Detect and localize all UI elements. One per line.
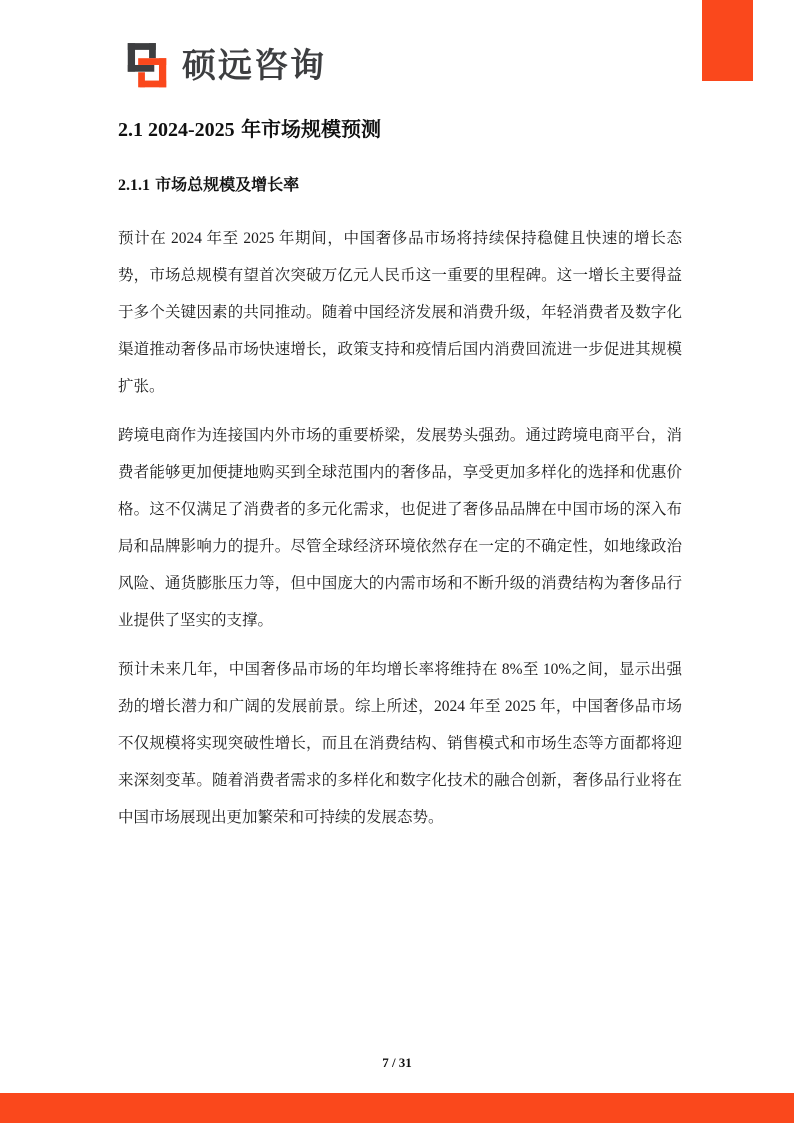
- logo-icon: [121, 40, 173, 92]
- paragraph-3: 预计未来几年，中国奢侈品市场的年均增长率将维持在 8%至 10%之间，显示出强劲…: [118, 651, 682, 836]
- subsection-heading-number: 2.1.1: [118, 177, 150, 194]
- document-page: 硕远咨询 2.1 2024-2025年市场规模预测 2.1.1市场总规模及增长率…: [0, 0, 794, 1123]
- paragraph-2: 跨境电商作为连接国内外市场的重要桥梁，发展势头强劲。通过跨境电商平台，消费者能够…: [118, 417, 682, 639]
- logo-text: 硕远咨询: [182, 49, 326, 83]
- subsection-heading: 2.1.1市场总规模及增长率: [118, 174, 682, 198]
- section-heading-title: 年市场规模预测: [241, 119, 381, 141]
- content-column: 2.1 2024-2025年市场规模预测 2.1.1市场总规模及增长率 预计在 …: [118, 92, 682, 836]
- section-heading-number: 2.1 2024-2025: [118, 119, 235, 141]
- logo: 硕远咨询: [121, 38, 326, 94]
- subsection-heading-title: 市场总规模及增长率: [155, 177, 299, 194]
- page-number: 7 / 31: [0, 1055, 794, 1071]
- header-accent-rect: [702, 0, 753, 81]
- paragraph-1: 预计在 2024 年至 2025 年期间，中国奢侈品市场将持续保持稳健且快速的增…: [118, 220, 682, 405]
- section-heading: 2.1 2024-2025年市场规模预测: [118, 116, 682, 144]
- footer-accent-bar: [0, 1093, 794, 1123]
